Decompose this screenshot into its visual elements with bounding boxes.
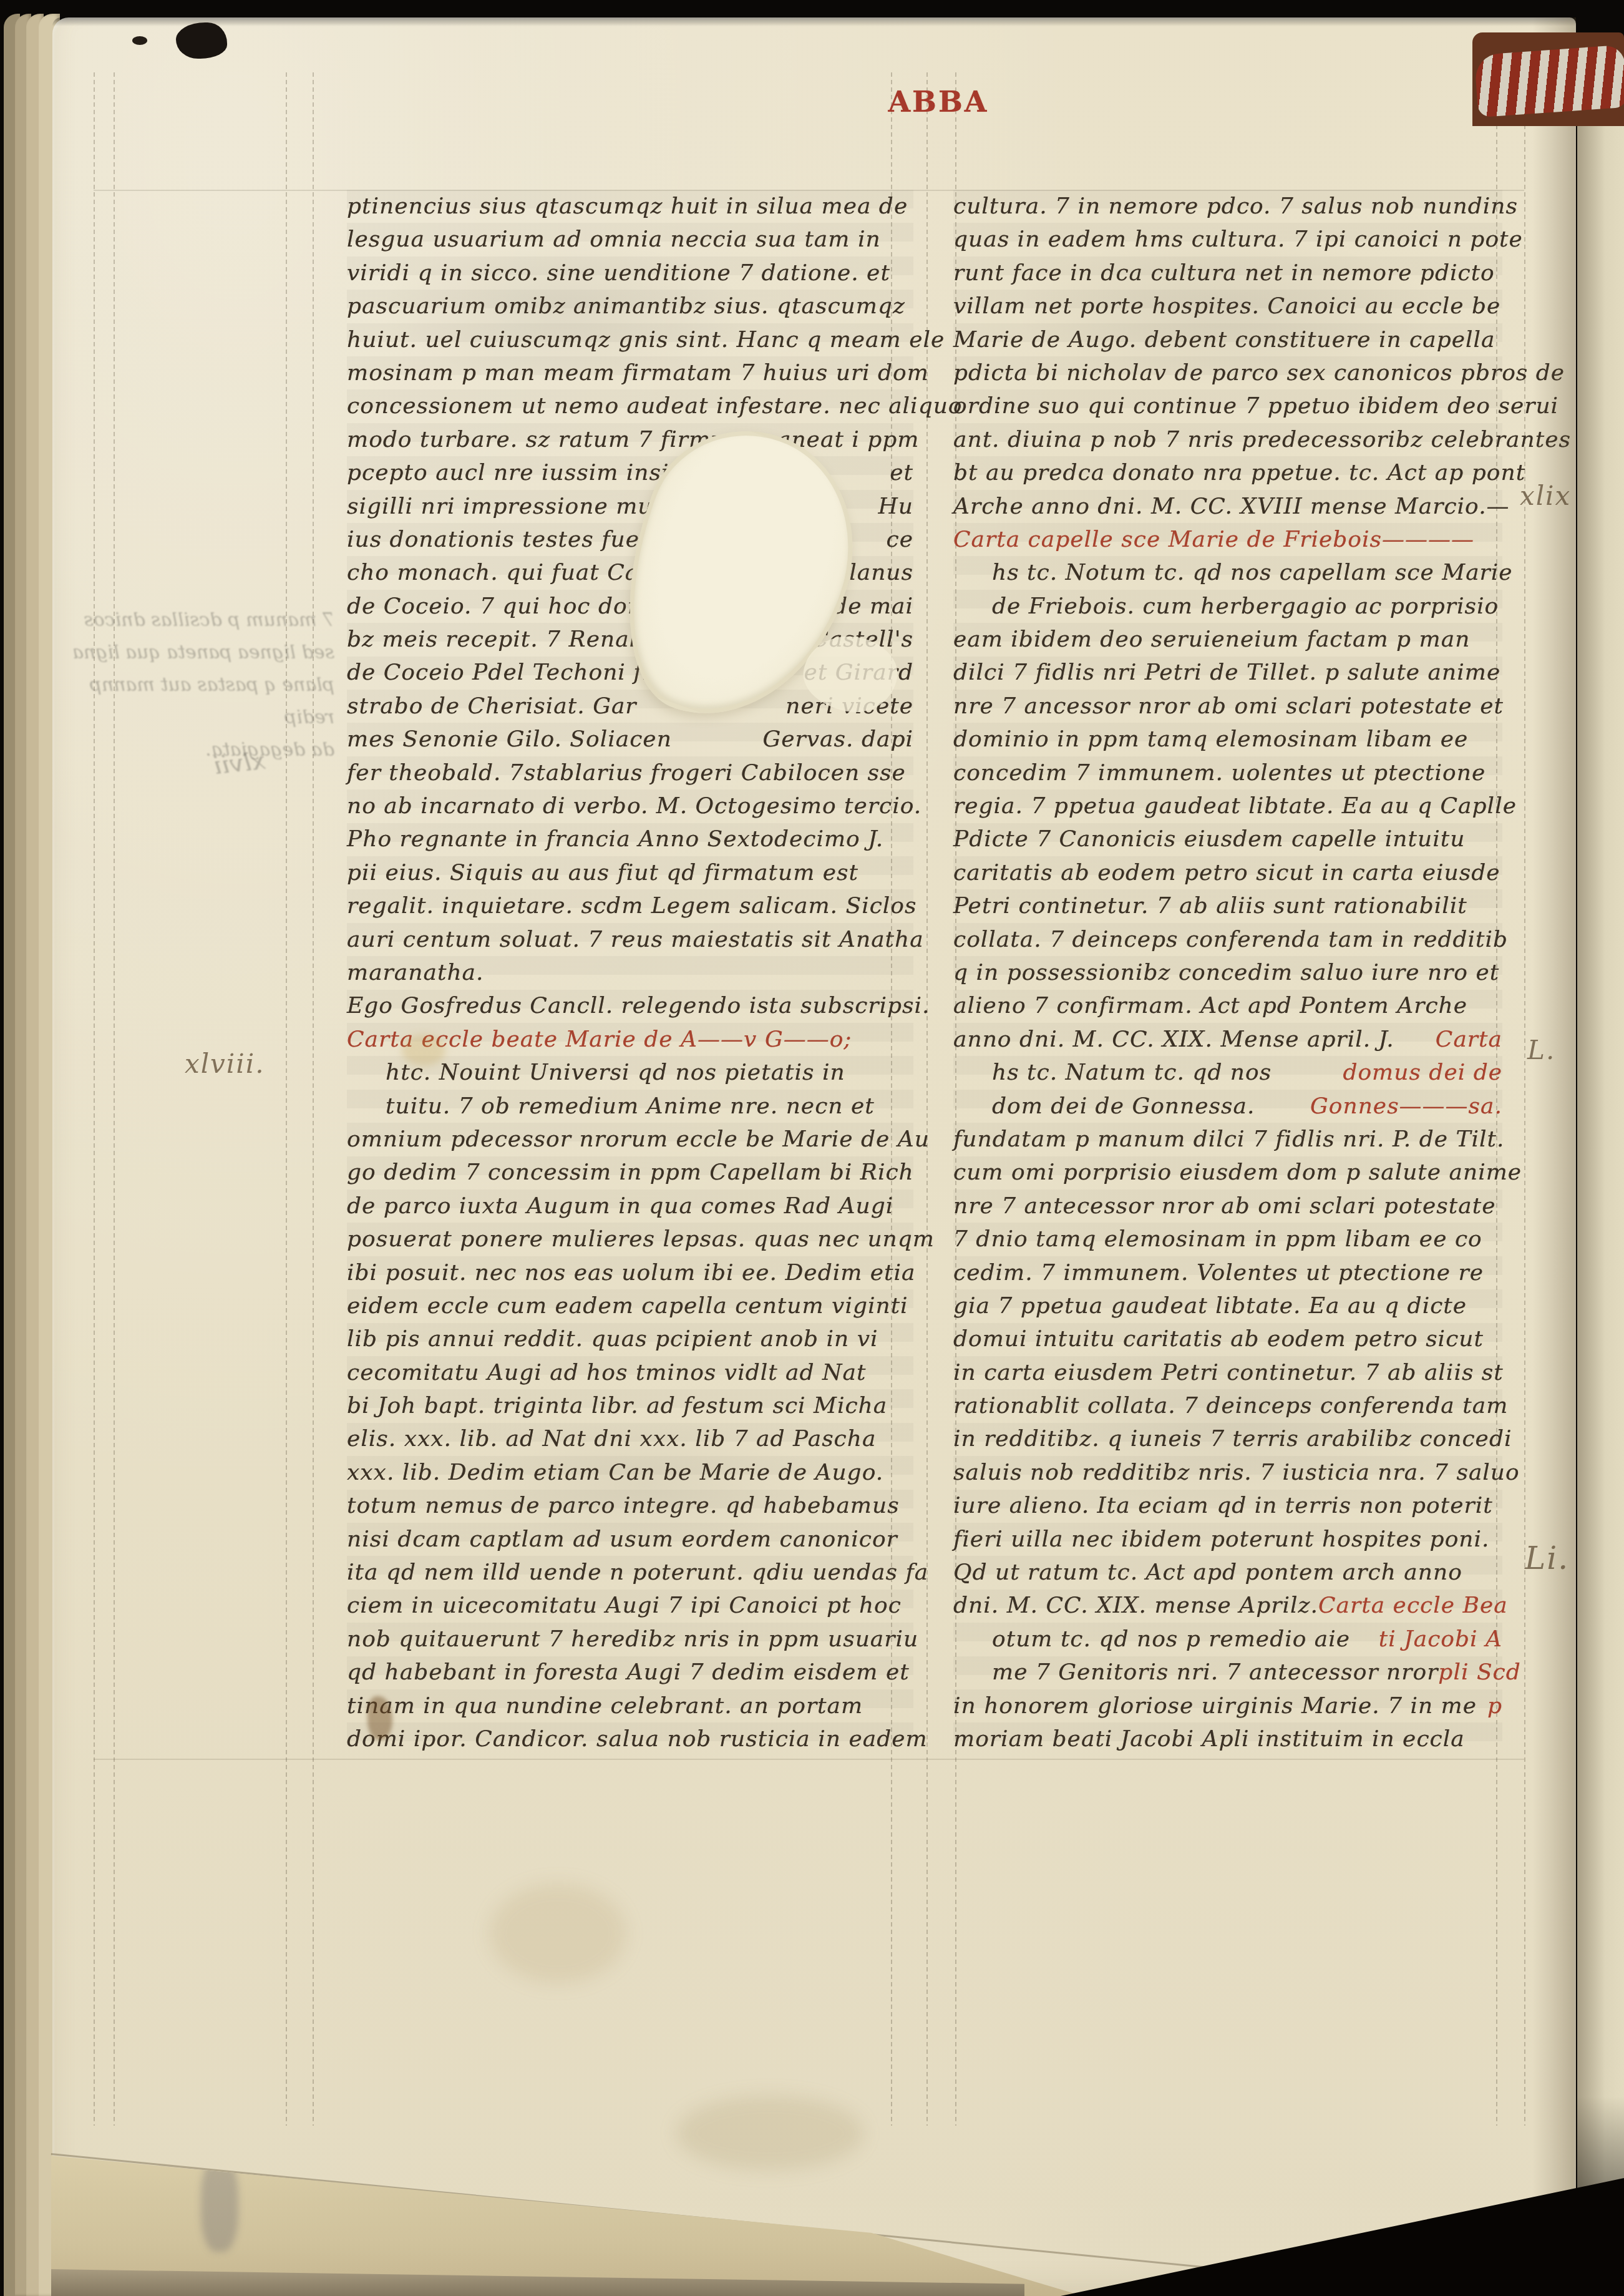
body-text: in honorem gloriose uirginis Marie. 7 in… — [953, 1689, 1477, 1722]
body-text: Marie de Augo. debent constituere in cap… — [953, 323, 1495, 356]
show-through-line: da degagiata. — [54, 734, 334, 766]
text-line: de Friebois. cum herbergagio ac porprisi… — [953, 590, 1502, 623]
text-line: runt face in dca cultura net in nemore p… — [953, 256, 1502, 290]
text-line: go dedim 7 concessim in ppm Capellam bi … — [347, 1156, 913, 1189]
text-line: cecomitatu Augi ad hos tminos vidlt ad N… — [347, 1356, 913, 1389]
show-through-text: 7 manum p dcsillas dnicos sed lignea pan… — [54, 604, 334, 766]
margin-numeral-xlix: xlix — [1520, 481, 1571, 511]
body-text: Hu — [878, 490, 913, 523]
body-text: Petri continetur. 7 ab aliis sunt ration… — [953, 889, 1467, 922]
body-text: et — [890, 456, 913, 489]
text-line: cultura. 7 in nemore pdco. 7 salus nob n… — [953, 190, 1502, 223]
body-text: caritatis ab eodem petro sicut in carta … — [953, 856, 1500, 889]
stain — [402, 1035, 445, 1066]
text-line: Pho regnante in francia Anno Sextodecimo… — [347, 823, 913, 856]
text-line: ant. diuina p nob 7 nris predecessoribz … — [953, 423, 1502, 456]
body-text: ce — [887, 523, 913, 556]
body-text: cum omi porprisio eiusdem dom p salute a… — [953, 1156, 1522, 1189]
facing-page-gutter — [1577, 119, 1624, 2296]
body-text: in carta eiusdem Petri continetur. 7 ab … — [953, 1356, 1504, 1389]
text-line: mes Senonie Gilo. SoliacenGervas. dapi — [347, 723, 913, 756]
body-text: Ego Gosfredus Cancll. relegendo ista sub… — [347, 989, 930, 1022]
body-text: ita qd nem illd uende n poterunt. qdiu u… — [347, 1556, 928, 1589]
text-line: auri centum soluat. 7 reus maiestatis si… — [347, 923, 913, 956]
ruling-line — [94, 72, 95, 2126]
text-line: gia 7 ppetua gaudeat libtate. Ea au q di… — [953, 1289, 1502, 1322]
rubric-text: Carta — [1436, 1023, 1502, 1056]
text-line: ita qd nem illd uende n poterunt. qdiu u… — [347, 1556, 913, 1589]
rubric-text: pli Scd — [1438, 1656, 1520, 1689]
text-line: saluis nob redditibz nris. 7 iusticia nr… — [953, 1456, 1502, 1489]
body-text: regia. 7 ppetua gaudeat libtate. Ea au q… — [953, 789, 1517, 823]
text-line: dni. M. CC. XIX. mense Aprilz.Carta eccl… — [953, 1589, 1502, 1622]
body-text: htc. Nouint Universi qd nos pietatis in — [386, 1056, 845, 1089]
text-line: de parco iuxta Augum in qua comes Rad Au… — [347, 1190, 913, 1223]
text-line: villam net porte hospites. Canoici au ec… — [953, 290, 1502, 323]
body-text: fundatam p manum dilci 7 fidlis nri. P. … — [953, 1123, 1504, 1156]
text-line: Arche anno dni. M. CC. XVIII mense Marci… — [953, 490, 1502, 523]
body-text: collata. 7 deinceps conferenda tam in re… — [953, 923, 1508, 956]
body-text: pascuarium omibz animantibz sius. qtascu… — [347, 290, 905, 323]
ruling-line — [114, 72, 115, 2126]
body-text: villam net porte hospites. Canoici au ec… — [953, 290, 1500, 323]
text-line: lib pis annui reddit. quas pcipient anob… — [347, 1322, 913, 1356]
text-line: pdicta bi nicholav de parco sex canonico… — [953, 356, 1502, 389]
body-text: Gervas. dapi — [763, 723, 914, 756]
margin-numeral-xlviii: xlviii. — [185, 1048, 265, 1079]
text-line: anno dni. M. CC. XIX. Mense april. J.Car… — [953, 1023, 1502, 1056]
body-text: bi Joh bapt. triginta libr. ad festum sc… — [347, 1389, 887, 1422]
show-through-numeral: xlvii — [212, 746, 267, 780]
body-text: Pdicte 7 Canonicis eiusdem capelle intui… — [953, 823, 1465, 856]
body-text: iure alieno. Ita eciam qd in terris non … — [953, 1489, 1493, 1522]
body-text: moriam beati Jacobi Apli instituim in ec… — [953, 1722, 1465, 1756]
text-line: posuerat ponere mulieres lepsas. quas ne… — [347, 1223, 913, 1256]
text-line: viridi q in sicco. sine uenditione 7 dat… — [347, 256, 913, 290]
text-line: bt au predca donato nra ppetue. tc. Act … — [953, 456, 1502, 489]
body-text: tuitu. 7 ob remedium Anime nre. necn et — [386, 1090, 875, 1123]
text-line: Marie de Augo. debent constituere in cap… — [953, 323, 1502, 356]
text-line: regalit. inquietare. scdm Legem salicam.… — [347, 889, 913, 922]
body-text: ptinencius sius qtascumqz huit in silua … — [347, 190, 908, 223]
text-line: alieno 7 confirmam. Act apd Pontem Arche — [953, 989, 1502, 1022]
rubric-text: ti Jacobi A — [1379, 1623, 1502, 1656]
endband — [1472, 32, 1624, 126]
ruling-line — [286, 72, 287, 2126]
body-text: runt face in dca cultura net in nemore p… — [953, 256, 1495, 290]
parchment-page: ABBA 7 manum p dcsillas dnicos sed ligne… — [52, 17, 1576, 2296]
body-text: qd habebant in foresta Augi 7 dedim eisd… — [347, 1656, 910, 1689]
book-leaf-edges-left — [4, 14, 60, 2296]
text-line: elis. xxx. lib. ad Nat dni xxx. lib 7 ad… — [347, 1422, 913, 1455]
text-line: lesgua usuarium ad omnia neccia sua tam … — [347, 223, 913, 256]
endband-stripes — [1474, 45, 1624, 117]
margin-numeral-l: L. — [1527, 1035, 1555, 1065]
text-line: caritatis ab eodem petro sicut in carta … — [953, 856, 1502, 889]
body-text: no ab incarnato di verbo. M. Octogesimo … — [347, 789, 921, 823]
body-text: de mai — [833, 590, 913, 623]
text-line: fieri uilla nec ibidem poterunt hospites… — [953, 1523, 1502, 1556]
body-text: concessionem ut nemo audeat infestare. n… — [347, 389, 963, 423]
body-text: huiut. uel cuiuscumqz gnis sint. Hanc q … — [347, 323, 945, 356]
body-text: hs tc. Natum tc. qd nos — [992, 1056, 1271, 1089]
text-line: cedim. 7 immunem. Volentes ut ptectione … — [953, 1256, 1502, 1289]
text-line: eam ibidem deo seruieneium factam p man — [953, 623, 1502, 656]
body-text: alieno 7 confirmam. Act apd Pontem Arche — [953, 989, 1467, 1022]
body-text: elis. xxx. lib. ad Nat dni xxx. lib 7 ad… — [347, 1422, 876, 1455]
body-text: gia 7 ppetua gaudeat libtate. Ea au q di… — [953, 1289, 1467, 1322]
text-line: nob quitauerunt 7 heredibz nris in ppm u… — [347, 1623, 913, 1656]
text-line: in redditibz. q iuneis 7 terris arabilib… — [953, 1422, 1502, 1455]
text-line: omnium pdecessor nrorum eccle be Marie d… — [347, 1123, 913, 1156]
text-line: hs tc. Notum tc. qd nos capellam sce Mar… — [953, 556, 1502, 589]
body-text: tinam in qua nundine celebrant. an porta… — [347, 1689, 863, 1722]
text-line: nisi dcam captlam ad usum eordem canonic… — [347, 1523, 913, 1556]
body-text: dominio in ppm tamq elemosinam libam ee — [953, 723, 1468, 756]
text-line: maranatha. — [347, 956, 913, 989]
text-line: moriam beati Jacobi Apli instituim in ec… — [953, 1722, 1502, 1756]
text-line: modo turbare. sz ratum 7 firmum maneat i… — [347, 423, 913, 456]
text-line: concessionem ut nemo audeat infestare. n… — [347, 389, 913, 423]
body-text: bz meis recepit. 7 Renald9 — [347, 623, 667, 656]
text-line: huiut. uel cuiuscumqz gnis sint. Hanc q … — [347, 323, 913, 356]
body-text: xxx. lib. Dedim etiam Can be Marie de Au… — [347, 1456, 883, 1489]
rubric-text: Carta capelle sce Marie de Friebois———— — [953, 523, 1474, 556]
rubric-text: Gonnes———sa. — [1310, 1090, 1502, 1123]
rubric-text: p — [1487, 1689, 1502, 1722]
text-line: qd habebant in foresta Augi 7 dedim eisd… — [347, 1656, 913, 1689]
text-line: ciem in uicecomitatu Augi 7 ipi Canoici … — [347, 1589, 913, 1622]
body-text: de Friebois. cum herbergagio ac porprisi… — [992, 590, 1499, 623]
text-line: collata. 7 deinceps conferenda tam in re… — [953, 923, 1502, 956]
text-line: fundatam p manum dilci 7 fidlis nri. P. … — [953, 1123, 1502, 1156]
body-text: otum tc. qd nos p remedio aie — [992, 1623, 1350, 1656]
text-line: nre 7 ancessor nror ab omi sclari potest… — [953, 690, 1502, 723]
body-text: anno dni. M. CC. XIX. Mense april. J. — [953, 1023, 1394, 1056]
text-line: domi ipor. Candicor. salua nob rusticia … — [347, 1722, 913, 1756]
text-line: 7 dnio tamq elemosinam in ppm libam ee c… — [953, 1223, 1502, 1256]
body-text: rationablit collata. 7 deinceps conferen… — [953, 1389, 1508, 1422]
body-text: quas in eadem hms cultura. 7 ipi canoici… — [953, 223, 1523, 256]
body-text: nre 7 antecessor nror ab omi sclari pote… — [953, 1190, 1496, 1223]
body-text: ibi posuit. nec nos eas uolum ibi ee. De… — [347, 1256, 916, 1289]
body-text: in redditibz. q iuneis 7 terris arabilib… — [953, 1422, 1512, 1455]
show-through-line: plane q pastas aut mannp redip — [54, 669, 334, 734]
body-text: posuerat ponere mulieres lepsas. quas ne… — [347, 1223, 935, 1256]
text-line: pascuarium omibz animantibz sius. qtascu… — [347, 290, 913, 323]
body-text: Pho regnante in francia Anno Sextodecimo… — [347, 823, 883, 856]
body-text: strabo de Cherisiat. Gar — [347, 690, 637, 723]
text-column-left: ptinencius sius qtascumqz huit in silua … — [347, 190, 913, 1756]
body-text: ciem in uicecomitatu Augi 7 ipi Canoici … — [347, 1589, 902, 1622]
body-text: saluis nob redditibz nris. 7 iusticia nr… — [953, 1456, 1520, 1489]
body-text: 7 dnio tamq elemosinam in ppm libam ee c… — [953, 1223, 1482, 1256]
body-text: regalit. inquietare. scdm Legem salicam.… — [347, 889, 917, 922]
show-through-line: 7 manum p dcsillas dnicos — [54, 604, 334, 637]
body-text: lib pis annui reddit. quas pcipient anob… — [347, 1322, 878, 1356]
show-through-line: sed lignea paneta qua ligna — [54, 637, 334, 669]
body-text: fieri uilla nec ibidem poterunt hospites… — [953, 1523, 1489, 1556]
body-text: auri centum soluat. 7 reus maiestatis si… — [347, 923, 924, 956]
page-top-shadow — [52, 17, 1576, 26]
body-text: bt au predca donato nra ppetue. tc. Act … — [953, 456, 1525, 489]
text-line: bi Joh bapt. triginta libr. ad festum sc… — [347, 1389, 913, 1422]
body-text: me 7 Genitoris nri. 7 antecessor nror — [992, 1656, 1438, 1689]
body-text: cho monach. qui fuat Castl — [347, 556, 669, 589]
text-line: Petri continetur. 7 ab aliis sunt ration… — [953, 889, 1502, 922]
body-text: q in possessionibz concedim saluo iure n… — [953, 956, 1499, 989]
body-text: fer theobald. 7stablarius frogeri Cabilo… — [347, 756, 906, 789]
text-line: rationablit collata. 7 deinceps conferen… — [953, 1389, 1502, 1422]
ink-blot — [176, 22, 227, 59]
text-line: hs tc. Natum tc. qd nosdomus dei de — [953, 1056, 1502, 1089]
body-text: maranatha. — [347, 956, 484, 989]
body-text: concedim 7 immunem. uolentes ut ptection… — [953, 756, 1485, 789]
text-line: xxx. lib. Dedim etiam Can be Marie de Au… — [347, 1456, 913, 1489]
text-line: dilci 7 fidlis nri Petri de Tillet. p sa… — [953, 656, 1502, 689]
body-text: totum nemus de parco integre. qd habebam… — [347, 1489, 900, 1522]
body-text: nre 7 ancessor nror ab omi sclari potest… — [953, 690, 1504, 723]
body-text: go dedim 7 concessim in ppm Capellam bi … — [347, 1156, 914, 1189]
ruling-line — [94, 1759, 1524, 1760]
text-line: in carta eiusdem Petri continetur. 7 ab … — [953, 1356, 1502, 1389]
text-line: cum omi porprisio eiusdem dom p salute a… — [953, 1156, 1502, 1189]
body-text: Arche anno dni. M. CC. XVIII mense Marci… — [953, 490, 1510, 523]
text-line: q in possessionibz concedim saluo iure n… — [953, 956, 1502, 989]
body-text: domui intuitu caritatis ab eodem petro s… — [953, 1322, 1484, 1356]
running-header: ABBA — [863, 85, 1013, 119]
text-line: Qd ut ratum tc. Act apd pontem arch anno — [953, 1556, 1502, 1589]
stain — [489, 1883, 626, 1983]
text-line: no ab incarnato di verbo. M. Octogesimo … — [347, 789, 913, 823]
text-line: ibi posuit. nec nos eas uolum ibi ee. De… — [347, 1256, 913, 1289]
body-text: ordine suo qui continue 7 ppetuo ibidem … — [953, 389, 1558, 423]
body-text: dilci 7 fidlis nri Petri de Tillet. p sa… — [953, 656, 1500, 689]
text-line: tinam in qua nundine celebrant. an porta… — [347, 1689, 913, 1722]
text-line: Pdicte 7 Canonicis eiusdem capelle intui… — [953, 823, 1502, 856]
text-line: regia. 7 ppetua gaudeat libtate. Ea au q… — [953, 789, 1502, 823]
stain — [676, 2096, 863, 2171]
text-line: dom dei de Gonnessa.Gonnes———sa. — [953, 1090, 1502, 1123]
body-text: de parco iuxta Augum in qua comes Rad Au… — [347, 1190, 893, 1223]
text-line: ptinencius sius qtascumqz huit in silua … — [347, 190, 913, 223]
body-text: hs tc. Notum tc. qd nos capellam sce Mar… — [992, 556, 1513, 589]
body-text: cedim. 7 immunem. Volentes ut ptectione … — [953, 1256, 1484, 1289]
text-line: me 7 Genitoris nri. 7 antecessor nrorpli… — [953, 1656, 1502, 1689]
text-line: mosinam p man meam firmatam 7 huius uri … — [347, 356, 913, 389]
body-text: mes Senonie Gilo. Soliacen — [347, 723, 672, 756]
body-text: cecomitatu Augi ad hos tminos vidlt ad N… — [347, 1356, 867, 1389]
text-line: Ego Gosfredus Cancll. relegendo ista sub… — [347, 989, 913, 1022]
text-line: concedim 7 immunem. uolentes ut ptection… — [953, 756, 1502, 789]
body-text: de Coceio Pdel Techoni fil9 — [347, 656, 673, 689]
body-text: lesgua usuarium ad omnia neccia sua tam … — [347, 223, 881, 256]
text-line: tuitu. 7 ob remedium Anime nre. necn et — [347, 1090, 913, 1123]
text-line: totum nemus de parco integre. qd habebam… — [347, 1489, 913, 1522]
body-text: nob quitauerunt 7 heredibz nris in ppm u… — [347, 1623, 918, 1656]
text-line: dominio in ppm tamq elemosinam libam ee — [953, 723, 1502, 756]
body-text: pii eius. Siquis au aus fiut qd firmatum… — [347, 856, 858, 889]
manuscript-page-photo: ABBA 7 manum p dcsillas dnicos sed ligne… — [0, 0, 1624, 2296]
body-text: lanus — [849, 556, 913, 589]
text-line: nre 7 antecessor nror ab omi sclari pote… — [953, 1190, 1502, 1223]
text-line: iure alieno. Ita eciam qd in terris non … — [953, 1489, 1502, 1522]
text-line: Carta capelle sce Marie de Friebois———— — [953, 523, 1502, 556]
body-text: nisi dcam captlam ad usum eordem canonic… — [347, 1523, 898, 1556]
text-line: in honorem gloriose uirginis Marie. 7 in… — [953, 1689, 1502, 1722]
text-line: eidem eccle cum eadem capella centum vig… — [347, 1289, 913, 1322]
text-line: pii eius. Siquis au aus fiut qd firmatum… — [347, 856, 913, 889]
body-text: modo turbare. sz ratum 7 firmum maneat i… — [347, 423, 919, 456]
body-text: ant. diuina p nob 7 nris predecessoribz … — [953, 423, 1571, 456]
body-text: omnium pdecessor nrorum eccle be Marie d… — [347, 1123, 930, 1156]
text-column-right: cultura. 7 in nemore pdco. 7 salus nob n… — [953, 190, 1502, 1756]
rubric-text: domus dei de — [1343, 1056, 1502, 1089]
body-text: mosinam p man meam firmatam 7 huius uri … — [347, 356, 929, 389]
body-text: eidem eccle cum eadem capella centum vig… — [347, 1289, 908, 1322]
body-text: Qd ut ratum tc. Act apd pontem arch anno — [953, 1556, 1462, 1589]
ruling-line — [313, 72, 314, 2126]
rubric-text: Carta eccle Bea — [1318, 1589, 1508, 1622]
text-line: ordine suo qui continue 7 ppetuo ibidem … — [953, 389, 1502, 423]
text-line: fer theobald. 7stablarius frogeri Cabilo… — [347, 756, 913, 789]
body-text: dom dei de Gonnessa. — [992, 1090, 1255, 1123]
body-text: cultura. 7 in nemore pdco. 7 salus nob n… — [953, 190, 1518, 223]
body-text: dni. M. CC. XIX. mense Aprilz. — [953, 1589, 1318, 1622]
body-text: pdicta bi nicholav de parco sex canonico… — [953, 356, 1565, 389]
margin-numeral-li: Li. — [1525, 1540, 1569, 1576]
text-line: otum tc. qd nos p remedio aieti Jacobi A — [953, 1623, 1502, 1656]
body-text: eam ibidem deo seruieneium factam p man — [953, 623, 1470, 656]
body-text: viridi q in sicco. sine uenditione 7 dat… — [347, 256, 890, 290]
body-text: domi ipor. Candicor. salua nob rusticia … — [347, 1722, 928, 1756]
text-line: domui intuitu caritatis ab eodem petro s… — [953, 1322, 1502, 1356]
text-line: quas in eadem hms cultura. 7 ipi canoici… — [953, 223, 1502, 256]
